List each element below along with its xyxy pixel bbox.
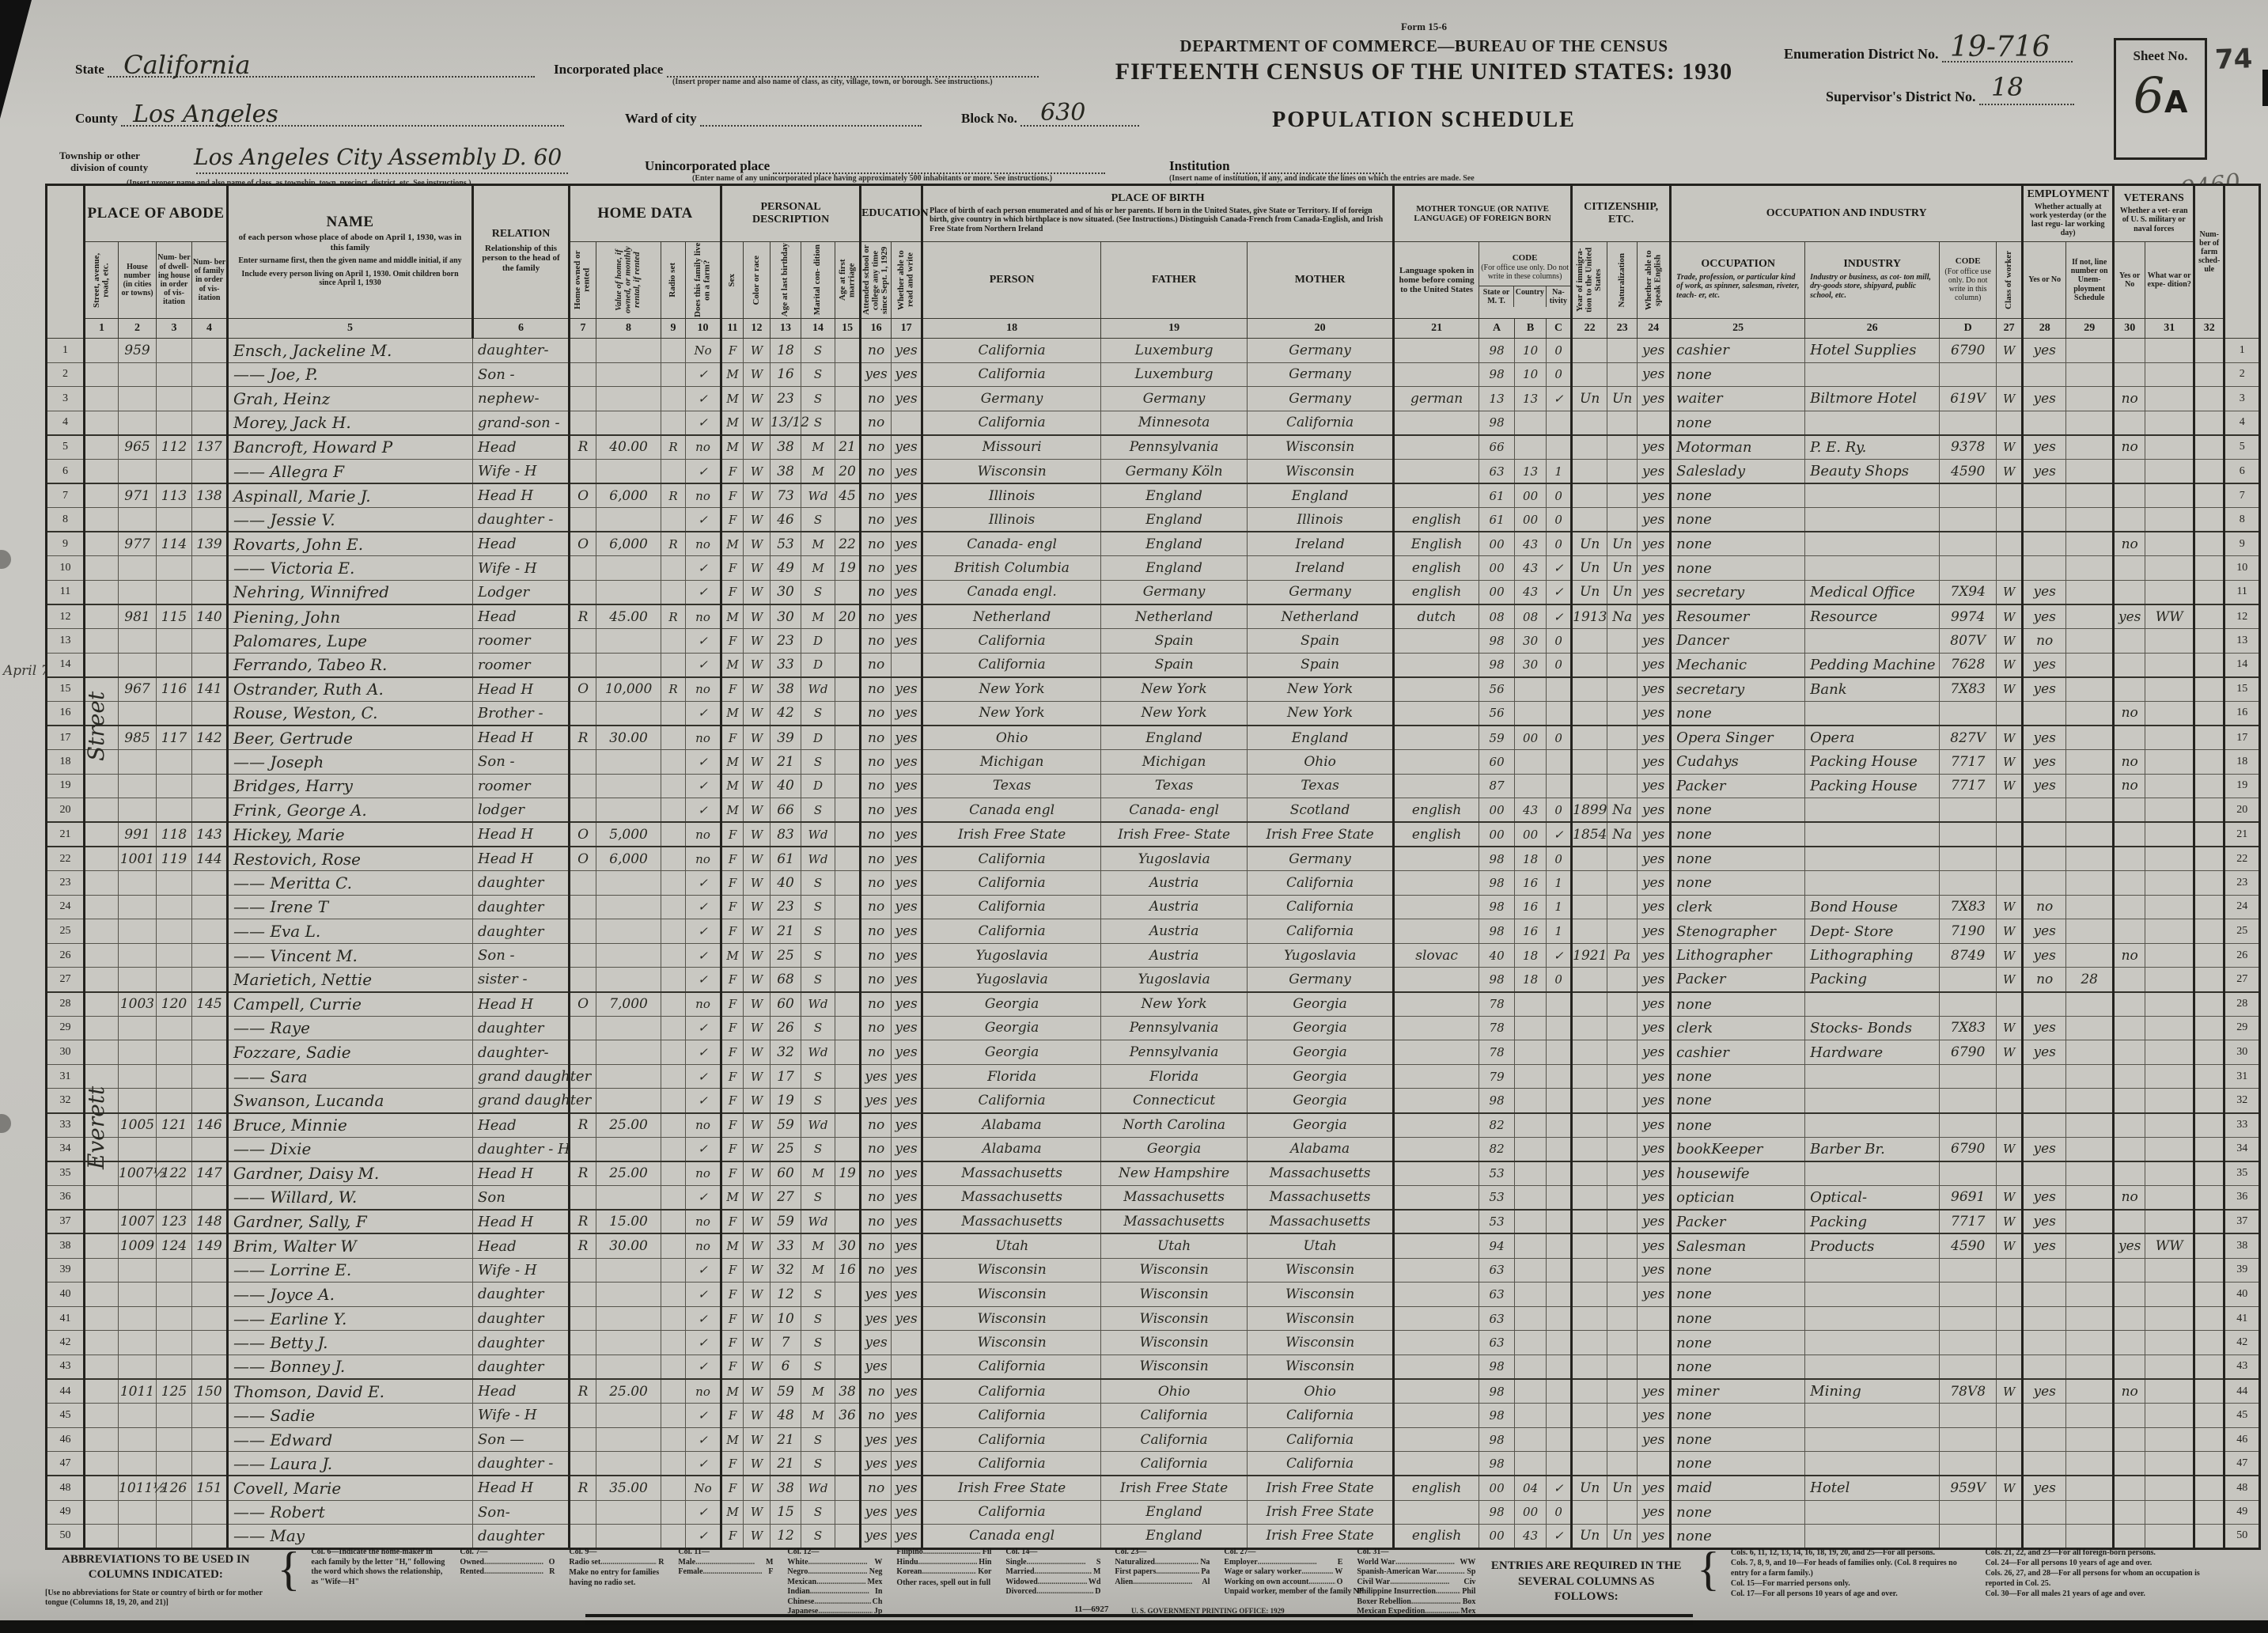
cell-yr — [1572, 629, 1607, 654]
cell-house — [119, 1525, 157, 1549]
cell-occ: none — [1671, 1525, 1805, 1549]
cell-e28: yes — [2023, 653, 2066, 677]
cell-b — [1515, 1016, 1547, 1040]
cell-v31 — [2145, 895, 2194, 919]
cell-eng: yes — [1638, 629, 1671, 654]
cell-val — [596, 1064, 661, 1089]
cell-pobm: Wisconsin — [1248, 435, 1394, 460]
col12-header: Color or race — [744, 242, 771, 319]
cell-code — [1940, 1404, 1997, 1428]
census-row: 19Bridges, Harryroomer✓MW40DnoyesTexasTe… — [47, 774, 2260, 798]
cell-e29 — [2066, 653, 2114, 677]
cell-sex: F — [721, 1016, 744, 1040]
cell-dwell — [157, 1306, 192, 1331]
cell-name: Covell, Marie — [228, 1476, 473, 1500]
cell-e29 — [2066, 750, 2114, 775]
cell-street — [85, 1306, 119, 1331]
cell-eng: yes — [1638, 726, 1671, 750]
line-number-cell: 17 — [2224, 726, 2260, 750]
cell-mar: S — [801, 1016, 835, 1040]
line-number-cell: 8 — [2224, 508, 2260, 532]
cell-dwell — [157, 1500, 192, 1525]
cell-e29 — [2066, 435, 2114, 460]
cell-farm: ✓ — [686, 362, 721, 387]
cell-yr — [1572, 701, 1607, 726]
cell-c — [1547, 992, 1572, 1017]
cell-mar: S — [801, 508, 835, 532]
cell-nat — [1607, 968, 1638, 992]
cell-street — [85, 1355, 119, 1379]
punch-hole — [0, 1114, 11, 1133]
cell-sex: F — [721, 1064, 744, 1089]
cell-ind: Biltmore Hotel — [1805, 387, 1940, 411]
cell-house: 1001 — [119, 847, 157, 871]
cell-pob: Texas — [922, 774, 1101, 798]
col16-header: Attended school or college any time sinc… — [861, 242, 892, 319]
census-row: 43—— Bonney J.daughter✓FW6SyesCalifornia… — [47, 1355, 2260, 1379]
state-value: California — [123, 50, 250, 80]
cell-e29 — [2066, 1089, 2114, 1113]
cell-rw: yes — [892, 750, 922, 775]
cell-sex: F — [721, 968, 744, 992]
cell-lang — [1394, 1306, 1479, 1331]
cell-eng: yes — [1638, 1258, 1671, 1283]
cell-yr — [1572, 1161, 1607, 1186]
cell-sch: no — [861, 411, 892, 435]
cell-nat — [1607, 1185, 1638, 1210]
cell-c: 0 — [1547, 653, 1572, 677]
cell-yr — [1572, 1233, 1607, 1258]
cell-house — [119, 1500, 157, 1525]
census-row: 2—— Joe, P.Son -✓MW16SyesyesCaliforniaLu… — [47, 362, 2260, 387]
cell-rel: Son - — [473, 362, 570, 387]
cell-fam — [192, 1500, 228, 1525]
cell-age: 49 — [771, 556, 801, 581]
cell-e29 — [2066, 701, 2114, 726]
cell-name: Campell, Currie — [228, 992, 473, 1017]
cell-sex: F — [721, 580, 744, 604]
cell-age: 40 — [771, 871, 801, 896]
line-number-cell: 28 — [2224, 992, 2260, 1017]
cell-pobm: Wisconsin — [1248, 1331, 1394, 1355]
line-number-cell: 5 — [47, 435, 85, 460]
cell-a: 98 — [1479, 919, 1515, 944]
cell-dwell: 113 — [157, 483, 192, 508]
cell-occ: Dancer — [1671, 629, 1805, 654]
cell-rw: yes — [892, 943, 922, 968]
cell-own — [570, 362, 596, 387]
cell-rw: yes — [892, 387, 922, 411]
cell-yr — [1572, 1355, 1607, 1379]
footer-entries-right: Cols. 21, 22, and 23—For all foreign-bor… — [1985, 1548, 2228, 1599]
census-row: 4Morey, Jack H.grand-son -✓MW13/12SnoCal… — [47, 411, 2260, 435]
cell-pobf: New Hampshire — [1101, 1161, 1248, 1186]
cell-f32 — [2194, 726, 2224, 750]
cell-v30: no — [2114, 774, 2145, 798]
cell-agem: 38 — [835, 1379, 861, 1404]
cell-e28 — [2023, 1306, 2066, 1331]
cell-fam — [192, 1089, 228, 1113]
cell-a: 98 — [1479, 1452, 1515, 1476]
cell-dwell — [157, 1016, 192, 1040]
cell-street — [85, 1452, 119, 1476]
cell-pob: Ohio — [922, 726, 1101, 750]
cell-c — [1547, 1161, 1572, 1186]
cell-v31 — [2145, 1283, 2194, 1307]
cell-eng: yes — [1638, 919, 1671, 944]
cell-sch: no — [861, 532, 892, 556]
cell-e28 — [2023, 798, 2066, 823]
cell-pobm: Ireland — [1248, 556, 1394, 581]
cell-b — [1515, 750, 1547, 775]
cell-own: R — [570, 604, 596, 629]
line-number-cell: 39 — [2224, 1258, 2260, 1283]
cell-e29 — [2066, 556, 2114, 581]
cell-a: 53 — [1479, 1161, 1515, 1186]
cell-e28 — [2023, 1355, 2066, 1379]
cell-fam — [192, 943, 228, 968]
cell-fam — [192, 1064, 228, 1089]
cell-farm: no — [686, 677, 721, 702]
cell-pobm: California — [1248, 411, 1394, 435]
cell-nat: Pa — [1607, 943, 1638, 968]
cell-mar: Wd — [801, 1113, 835, 1138]
cell-dwell — [157, 1185, 192, 1210]
cell-e29 — [2066, 1137, 2114, 1161]
cell-race: W — [744, 701, 771, 726]
cell-b — [1515, 1306, 1547, 1331]
schedule-title: POPULATION SCHEDULE — [1139, 108, 1709, 133]
cell-pob: California — [922, 362, 1101, 387]
cell-sch: no — [861, 750, 892, 775]
cell-house — [119, 919, 157, 944]
cell-eng: yes — [1638, 1283, 1671, 1307]
cell-sex: F — [721, 459, 744, 483]
cell-farm: no — [686, 822, 721, 847]
census-row: 3Grah, Heinznephew-✓MW23SnoyesGermanyGer… — [47, 387, 2260, 411]
cell-cls: W — [1997, 943, 2023, 968]
census-row: 381009124149Brim, Walter WHeadR30.00noMW… — [47, 1233, 2260, 1258]
cell-v30: no — [2114, 435, 2145, 460]
footer: ABBREVIATIONS TO BE USED IN COLUMNS INDI… — [45, 1548, 2228, 1616]
cell-ind — [1805, 556, 1940, 581]
cell-pob: Massachusetts — [922, 1210, 1101, 1234]
cell-radio — [661, 895, 686, 919]
line-number-cell: 50 — [47, 1525, 85, 1549]
cell-ind — [1805, 483, 1940, 508]
cell-dwell: 115 — [157, 604, 192, 629]
cell-sch: yes — [861, 1283, 892, 1307]
cell-fam — [192, 1427, 228, 1452]
cell-mar: S — [801, 1064, 835, 1089]
cell-yr: Un — [1572, 580, 1607, 604]
cell-dwell: 126 — [157, 1476, 192, 1500]
cell-own — [570, 1427, 596, 1452]
cell-race: W — [744, 1016, 771, 1040]
cell-cls — [1997, 871, 2023, 896]
cell-fam: 143 — [192, 822, 228, 847]
cell-f32 — [2194, 798, 2224, 823]
cell-agem: 21 — [835, 435, 861, 460]
cell-pobm: Wisconsin — [1248, 1355, 1394, 1379]
cell-own: R — [570, 1379, 596, 1404]
cell-code: 7717 — [1940, 774, 1997, 798]
cell-house — [119, 1064, 157, 1089]
cell-rw: yes — [892, 1233, 922, 1258]
cell-age: 39 — [771, 726, 801, 750]
cell-age: 83 — [771, 822, 801, 847]
cell-pobm: England — [1248, 483, 1394, 508]
cell-radio — [661, 1161, 686, 1186]
cell-farm: ✓ — [686, 774, 721, 798]
line-number-cell: 18 — [47, 750, 85, 775]
cell-yr — [1572, 677, 1607, 702]
footer-entry-note: Col. 30—For all males 21 years of age an… — [1985, 1589, 2228, 1599]
line-number-cell: 20 — [2224, 798, 2260, 823]
cell-name: —— Betty J. — [228, 1331, 473, 1355]
cell-rw: yes — [892, 1452, 922, 1476]
cell-occ: Packer — [1671, 1210, 1805, 1234]
cell-pob: Wisconsin — [922, 1283, 1101, 1307]
cell-val — [596, 701, 661, 726]
cell-pobm: Irish Free State — [1248, 1525, 1394, 1549]
cell-name: Fozzare, Sadie — [228, 1040, 473, 1065]
cell-rw: yes — [892, 580, 922, 604]
cell-fam: 141 — [192, 677, 228, 702]
cell-cls — [1997, 701, 2023, 726]
cell-fam — [192, 701, 228, 726]
cell-b — [1515, 1089, 1547, 1113]
line-number-cell: 12 — [2224, 604, 2260, 629]
cell-c — [1547, 1016, 1572, 1040]
footer-abbreviation-group: Col. 12—White...........................… — [787, 1548, 882, 1617]
cell-eng: yes — [1638, 387, 1671, 411]
line-number-cell: 25 — [47, 919, 85, 944]
cell-c — [1547, 1306, 1572, 1331]
cell-farm: ✓ — [686, 895, 721, 919]
cell-pobf: Germany Köln — [1101, 459, 1248, 483]
cell-name: —— Sara — [228, 1064, 473, 1089]
cell-pobf: Irish Free State — [1101, 1476, 1248, 1500]
cell-ind — [1805, 1427, 1940, 1452]
cell-pobm: Wisconsin — [1248, 1258, 1394, 1283]
cell-rw — [892, 1331, 922, 1355]
cell-street — [85, 847, 119, 871]
cell-val — [596, 943, 661, 968]
cell-lang: dutch — [1394, 604, 1479, 629]
col25-header: OCCUPATION Trade, profession, or particu… — [1671, 242, 1805, 319]
census-title: FIFTEENTH CENSUS OF THE UNITED STATES: 1… — [1020, 59, 1827, 85]
cell-street — [85, 532, 119, 556]
footer-entry-note: Cols. 21, 22, and 23—For all foreign-bor… — [1985, 1548, 2228, 1558]
cell-farm: ✓ — [686, 1137, 721, 1161]
cell-v30 — [2114, 411, 2145, 435]
cell-val — [596, 362, 661, 387]
cell-age: 12 — [771, 1525, 801, 1549]
cell-v31 — [2145, 1306, 2194, 1331]
cell-f32 — [2194, 556, 2224, 581]
cell-b — [1515, 1210, 1547, 1234]
cell-age: 15 — [771, 1500, 801, 1525]
cell-house — [119, 629, 157, 654]
cell-pobm: Germany — [1248, 847, 1394, 871]
cell-agem — [835, 943, 861, 968]
cell-name: —— Eva L. — [228, 919, 473, 944]
cell-lang — [1394, 677, 1479, 702]
cell-house: 967 — [119, 677, 157, 702]
cell-rw: yes — [892, 1016, 922, 1040]
census-row: 47—— Laura J.daughter -✓FW21SyesyesCalif… — [47, 1452, 2260, 1476]
cell-fam: 138 — [192, 483, 228, 508]
street-name-vertical: Street — [83, 647, 118, 805]
line-number-cell: 23 — [47, 871, 85, 896]
cell-farm: ✓ — [686, 1331, 721, 1355]
cell-a: 87 — [1479, 774, 1515, 798]
cell-code — [1940, 1525, 1997, 1549]
cell-c — [1547, 1064, 1572, 1089]
line-number-cell: 40 — [47, 1283, 85, 1307]
group-citizenship: CITIZENSHIP, ETC. — [1572, 185, 1671, 242]
cell-e28 — [2023, 871, 2066, 896]
cell-pobf: Texas — [1101, 774, 1248, 798]
line-number-cell: 50 — [2224, 1525, 2260, 1549]
cell-pob: California — [922, 1452, 1101, 1476]
cell-a: 63 — [1479, 1306, 1515, 1331]
cell-c — [1547, 774, 1572, 798]
footer-entry-note: Cols. 7, 8, 9, and 10—For heads of famil… — [1731, 1558, 1975, 1578]
cell-rel: grand daughter — [473, 1089, 570, 1113]
cell-fam: 142 — [192, 726, 228, 750]
cell-cls: W — [1997, 1210, 2023, 1234]
cell-house — [119, 1331, 157, 1355]
col29-header: If not, line number on Unem- ployment Sc… — [2066, 242, 2114, 319]
cell-agem — [835, 919, 861, 944]
cell-val — [596, 556, 661, 581]
cell-rw: yes — [892, 483, 922, 508]
cell-radio — [661, 1379, 686, 1404]
census-rows: 1959Ensch, Jackeline M.daughter-NoFW18Sn… — [47, 339, 2260, 1549]
cell-pob: Illinois — [922, 508, 1101, 532]
cell-occ: Motorman — [1671, 435, 1805, 460]
cell-a: 94 — [1479, 1233, 1515, 1258]
cell-sch: no — [861, 968, 892, 992]
cell-eng: yes — [1638, 532, 1671, 556]
line-number-cell: 3 — [47, 387, 85, 411]
cell-radio — [661, 556, 686, 581]
cell-val — [596, 459, 661, 483]
cell-pobf: Luxemburg — [1101, 339, 1248, 363]
cell-v30: no — [2114, 701, 2145, 726]
cell-dwell — [157, 1064, 192, 1089]
cell-house — [119, 362, 157, 387]
census-row: 24—— Irene Tdaughter✓FW23SnoyesCaliforni… — [47, 895, 2260, 919]
cell-sex: F — [721, 339, 744, 363]
cell-age: 59 — [771, 1113, 801, 1138]
cell-pobf: Minnesota — [1101, 411, 1248, 435]
cell-fam — [192, 1283, 228, 1307]
cell-c — [1547, 1113, 1572, 1138]
cell-f32 — [2194, 1404, 2224, 1428]
cell-nat: Un — [1607, 580, 1638, 604]
cell-code — [1940, 1064, 1997, 1089]
cell-code — [1940, 871, 1997, 896]
cell-age: 16 — [771, 362, 801, 387]
cell-eng: yes — [1638, 992, 1671, 1017]
cell-a: 98 — [1479, 1404, 1515, 1428]
cell-dwell — [157, 459, 192, 483]
cell-rel: nephew- — [473, 387, 570, 411]
cell-sex: M — [721, 943, 744, 968]
cell-rel: Wife - H — [473, 1258, 570, 1283]
cell-f32 — [2194, 1427, 2224, 1452]
cell-c: ✓ — [1547, 943, 1572, 968]
cell-sex: M — [721, 1185, 744, 1210]
cell-radio — [661, 1210, 686, 1234]
cell-f32 — [2194, 1089, 2224, 1113]
line-number-cell: 19 — [2224, 774, 2260, 798]
cell-farm: ✓ — [686, 1283, 721, 1307]
cell-race: W — [744, 919, 771, 944]
cell-a: 98 — [1479, 1500, 1515, 1525]
col20-header: MOTHER — [1248, 242, 1394, 319]
cell-mar: S — [801, 387, 835, 411]
cell-v31 — [2145, 1331, 2194, 1355]
cell-eng: yes — [1638, 822, 1671, 847]
cell-ind: P. E. Ry. — [1805, 435, 1940, 460]
cell-v30: yes — [2114, 1233, 2145, 1258]
cell-name: Bridges, Harry — [228, 774, 473, 798]
census-row: 441011125150Thomson, David E.HeadR25.00n… — [47, 1379, 2260, 1404]
cell-a: 98 — [1479, 1427, 1515, 1452]
cell-age: 18 — [771, 339, 801, 363]
cell-house — [119, 1283, 157, 1307]
cell-rw: yes — [892, 556, 922, 581]
cell-code: 4590 — [1940, 459, 1997, 483]
cell-cls: W — [1997, 1137, 2023, 1161]
cell-pobm: Germany — [1248, 339, 1394, 363]
cell-agem — [835, 1427, 861, 1452]
line-number-cell: 8 — [47, 508, 85, 532]
census-row: 221001119144Restovich, RoseHead HO6,000n… — [47, 847, 2260, 871]
cell-street — [85, 968, 119, 992]
line-number-cell: 44 — [2224, 1379, 2260, 1404]
cell-rel: Head — [473, 1233, 570, 1258]
cell-dwell — [157, 1258, 192, 1283]
cell-occ: none — [1671, 1404, 1805, 1428]
cell-v30 — [2114, 822, 2145, 847]
cell-nat — [1607, 1040, 1638, 1065]
cell-rel: daughter — [473, 1306, 570, 1331]
cell-own — [570, 1525, 596, 1549]
cell-lang — [1394, 1258, 1479, 1283]
cell-radio — [661, 1427, 686, 1452]
cell-yr — [1572, 895, 1607, 919]
cell-occ: none — [1671, 1089, 1805, 1113]
line-number-cell: 34 — [2224, 1137, 2260, 1161]
cell-cls: W — [1997, 1233, 2023, 1258]
population-schedule-table: PLACE OF ABODE NAME of each person whose… — [45, 184, 2261, 1550]
cell-race: W — [744, 726, 771, 750]
cell-own — [570, 580, 596, 604]
cell-f32 — [2194, 1476, 2224, 1500]
cell-b: 43 — [1515, 556, 1547, 581]
cell-sch: no — [861, 701, 892, 726]
cell-sch: no — [861, 1379, 892, 1404]
cell-pobm: Germany — [1248, 580, 1394, 604]
cell-age: 21 — [771, 750, 801, 775]
cell-agem — [835, 774, 861, 798]
cell-pobm: Wisconsin — [1248, 1283, 1394, 1307]
